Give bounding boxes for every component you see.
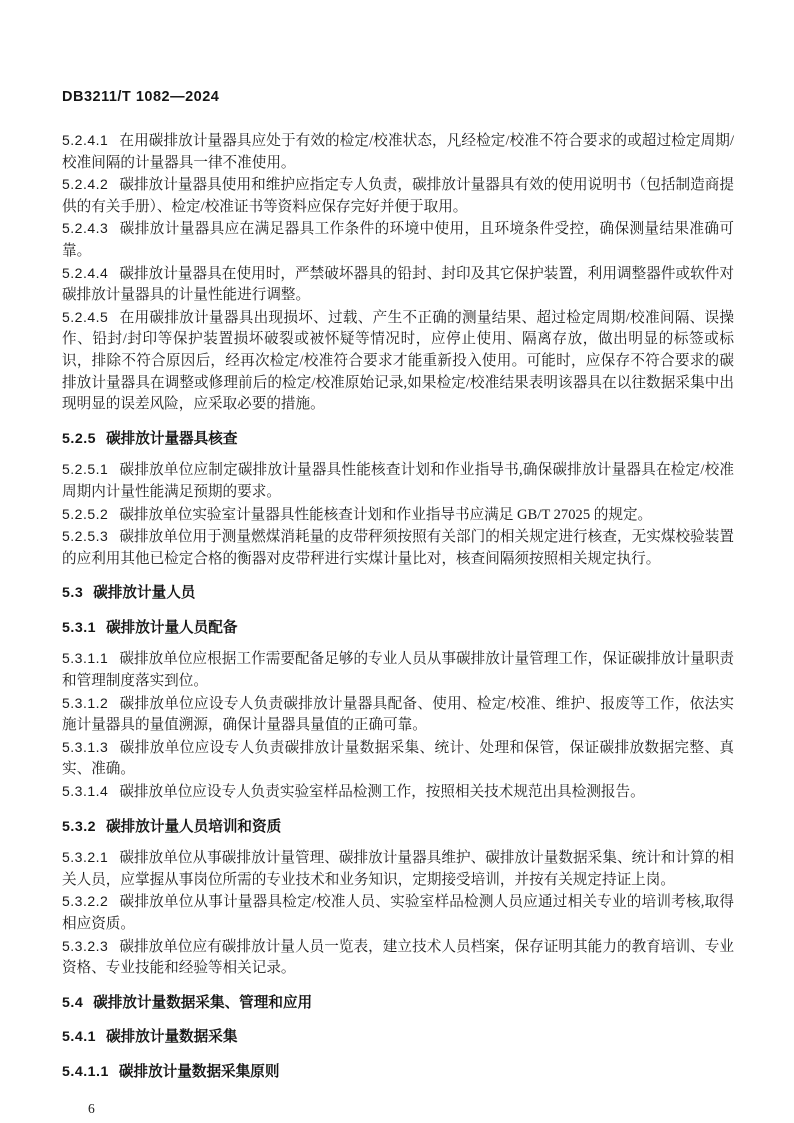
page-number: 6: [88, 1101, 95, 1116]
page-header: DB3211/T 1082—2024: [62, 88, 734, 106]
clause-number: 5.2.5.1: [62, 461, 108, 477]
heading-text: 碳排放计量人员配备: [106, 620, 237, 636]
clause-paragraph: 5.2.5.3碳排放单位用于测量燃煤消耗量的皮带秤须按照有关部门的相关规定进行核…: [62, 526, 734, 570]
heading-text: 碳排放计量器具核查: [106, 431, 237, 447]
clause-number: 5.2.4.3: [62, 220, 108, 236]
section-heading: 5.3.1碳排放计量人员配备: [62, 618, 734, 640]
clause-text: 碳排放单位从事碳排放计量管理、碳排放计量器具维护、碳排放计量数据采集、统计和计算…: [62, 850, 734, 888]
clause-number: 5.2.5.2: [62, 506, 108, 522]
clause-number: 5.3.1.3: [62, 739, 108, 755]
clause-text: 碳排放单位应有碳排放计量人员一览表，建立技术人员档案，保存证明其能力的教育培训、…: [62, 939, 734, 977]
clause-text: 碳排放计量器具在使用时，严禁破坏器具的铅封、封印及其它保护装置，利用调整器件或软…: [62, 266, 734, 304]
clause-paragraph: 5.2.5.1碳排放单位应制定碳排放计量器具性能核查计划和作业指导书,确保碳排放…: [62, 459, 734, 503]
clause-paragraph: 5.2.4.4碳排放计量器具在使用时，严禁破坏器具的铅封、封印及其它保护装置，利…: [62, 263, 734, 307]
heading-text: 碳排放计量数据采集、管理和应用: [93, 995, 312, 1011]
document-body: 5.2.4.1在用碳排放计量器具应处于有效的检定/校准状态，凡经检定/校准不符合…: [62, 130, 734, 1084]
clause-number: 5.3.1.1: [62, 650, 108, 666]
clause-text: 碳排放计量器具应在满足器具工作条件的环境中使用，且环境条件受控，确保测量结果准确…: [62, 221, 734, 259]
clause-number: 5.4: [62, 995, 83, 1011]
clause-paragraph: 5.2.4.3碳排放计量器具应在满足器具工作条件的环境中使用，且环境条件受控，确…: [62, 218, 734, 262]
clause-text: 碳排放单位应设专人负责实验室样品检测工作，按照相关技术规范出具检测报告。: [119, 784, 644, 800]
heading-text: 碳排放计量数据采集: [106, 1029, 237, 1045]
clause-text: 碳排放单位应制定碳排放计量器具性能核查计划和作业指导书,确保碳排放计量器具在检定…: [62, 462, 734, 500]
clause-number: 5.3.1: [62, 620, 96, 636]
section-heading: 5.3.2碳排放计量人员培训和资质: [62, 817, 734, 839]
clause-paragraph: 5.3.2.2碳排放单位从事计量器具检定/校准人员、实验室样品检测人员应通过相关…: [62, 891, 734, 935]
clause-text: 碳排放单位应设专人负责碳排放计量器具配备、使用、检定/校准、维护、报废等工作，依…: [62, 696, 734, 734]
page-footer: 6: [62, 1100, 734, 1118]
clause-paragraph: 5.3.1.4碳排放单位应设专人负责实验室样品检测工作，按照相关技术规范出具检测…: [62, 781, 734, 804]
clause-text: 碳排放单位从事计量器具检定/校准人员、实验室样品检测人员应通过相关专业的培训考核…: [62, 894, 734, 932]
clause-text: 在用碳排放计量器具应处于有效的检定/校准状态，凡经检定/校准不符合要求的或超过检…: [62, 133, 734, 171]
clause-text: 碳排放单位实验室计量器具性能核查计划和作业指导书应满足 GB/T 27025 的…: [119, 507, 652, 523]
section-heading: 5.4碳排放计量数据采集、管理和应用: [62, 993, 734, 1015]
clause-number: 5.2.5.3: [62, 528, 108, 544]
clause-number: 5.4.1: [62, 1029, 96, 1045]
clause-text: 在用碳排放计量器具出现损坏、过载、产生不正确的测量结果、超过检定周期/校准间隔、…: [62, 310, 734, 412]
clause-number: 5.3.1.2: [62, 695, 108, 711]
clause-number: 5.2.4.1: [62, 132, 108, 148]
clause-text: 碳排放单位用于测量燃煤消耗量的皮带秤须按照有关部门的相关规定进行核查，无实煤校验…: [62, 529, 734, 567]
clause-paragraph: 5.3.2.1碳排放单位从事碳排放计量管理、碳排放计量器具维护、碳排放计量数据采…: [62, 847, 734, 891]
clause-paragraph: 5.3.1.1碳排放单位应根据工作需要配备足够的专业人员从事碳排放计量管理工作，…: [62, 648, 734, 692]
clause-number: 5.2.5: [62, 431, 96, 447]
clause-number: 5.2.4.4: [62, 265, 108, 281]
section-heading: 5.2.5碳排放计量器具核查: [62, 429, 734, 451]
clause-number: 5.2.4.2: [62, 176, 108, 192]
clause-paragraph: 5.2.4.1在用碳排放计量器具应处于有效的检定/校准状态，凡经检定/校准不符合…: [62, 130, 734, 174]
clause-paragraph: 5.2.4.2碳排放计量器具使用和维护应指定专人负责，碳排放计量器具有效的使用说…: [62, 174, 734, 218]
section-heading: 5.4.1碳排放计量数据采集: [62, 1027, 734, 1049]
clause-paragraph: 5.2.4.5在用碳排放计量器具出现损坏、过载、产生不正确的测量结果、超过检定周…: [62, 307, 734, 416]
clause-number: 5.4.1.1: [62, 1064, 109, 1080]
heading-text: 碳排放计量人员培训和资质: [106, 819, 281, 835]
clause-paragraph: 5.2.5.2碳排放单位实验室计量器具性能核查计划和作业指导书应满足 GB/T …: [62, 504, 734, 527]
clause-number: 5.3.2.1: [62, 849, 108, 865]
clause-number: 5.3.2.3: [62, 938, 108, 954]
standard-number: DB3211/T 1082—2024: [62, 89, 219, 105]
clause-paragraph: 5.3.1.3碳排放单位应设专人负责碳排放计量数据采集、统计、处理和保管，保证碳…: [62, 737, 734, 781]
clause-number: 5.2.4.5: [62, 309, 108, 325]
clause-number: 5.3.2: [62, 819, 96, 835]
clause-paragraph: 5.3.2.3碳排放单位应有碳排放计量人员一览表，建立技术人员档案，保存证明其能…: [62, 936, 734, 980]
clause-text: 碳排放单位应根据工作需要配备足够的专业人员从事碳排放计量管理工作，保证碳排放计量…: [62, 651, 734, 689]
clause-number: 5.3.1.4: [62, 783, 108, 799]
clause-text: 碳排放单位应设专人负责碳排放计量数据采集、统计、处理和保管，保证碳排放数据完整、…: [62, 740, 734, 778]
heading-text: 碳排放计量数据采集原则: [119, 1064, 280, 1080]
section-heading: 5.4.1.1碳排放计量数据采集原则: [62, 1062, 734, 1084]
document-page: DB3211/T 1082—2024 5.2.4.1在用碳排放计量器具应处于有效…: [0, 0, 794, 1123]
clause-text: 碳排放计量器具使用和维护应指定专人负责，碳排放计量器具有效的使用说明书（包括制造…: [62, 177, 734, 215]
heading-text: 碳排放计量人员: [93, 585, 195, 601]
section-heading: 5.3碳排放计量人员: [62, 583, 734, 605]
clause-paragraph: 5.3.1.2碳排放单位应设专人负责碳排放计量器具配备、使用、检定/校准、维护、…: [62, 693, 734, 737]
clause-number: 5.3: [62, 585, 83, 601]
clause-number: 5.3.2.2: [62, 893, 108, 909]
